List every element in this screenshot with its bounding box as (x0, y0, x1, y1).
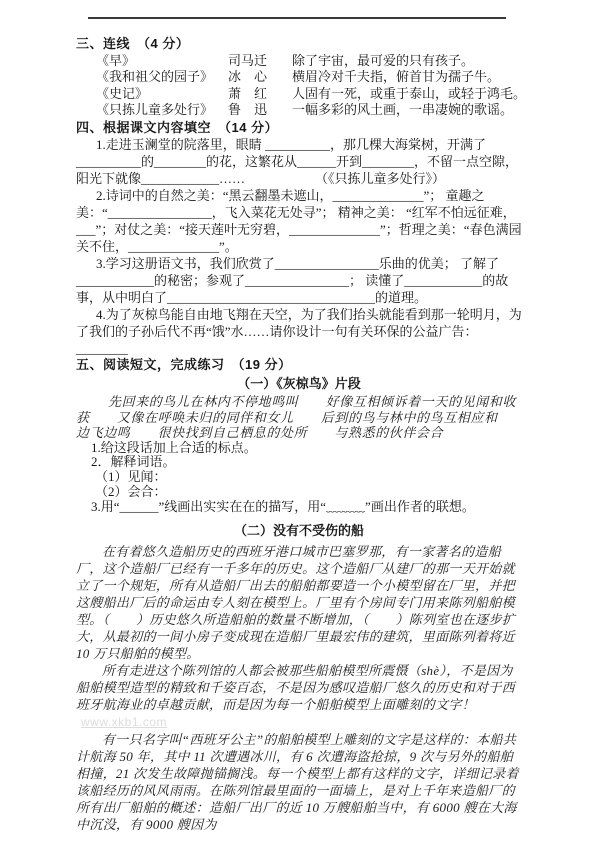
match-row: 《我和祖父的园子》 冰 心 横眉冷对千夫指，俯首甘为孺子牛。 (76, 69, 522, 86)
section-3-heading: 三、连线 （4 分） (76, 36, 522, 53)
quote-text: 除了宇宙，最可爱的只有孩子。 (292, 53, 522, 70)
match-row: 《早》 司马迁 除了宇宙，最可爱的只有孩子。 (76, 53, 522, 70)
passage-2-paragraph-3: 有一只名字叫“西班牙公主”的船舶模型上雕刻的文字是这样的：本船共计航海 50 年… (76, 731, 522, 833)
page-content: 三、连线 （4 分） 《早》 司马迁 除了宇宙，最可爱的只有孩子。 《我和祖父的… (76, 36, 522, 833)
question-3: 3.用“______”线画出实实在在的描写，用“﹏﹏﹏”画出作者的联想。 (76, 500, 522, 515)
passage-1-text: 先回来的鸟儿在林内不停地鸣叫 好像互相倾诉着一天的见闻和收获 又像在呼唤未归的同… (76, 394, 522, 441)
author-name: 鲁 迅 (228, 102, 292, 119)
match-row: 《史记》 萧 红 人固有一死，或重于泰山，或轻于鸿毛。 (76, 86, 522, 103)
passage-2-paragraph-1: 在有着悠久造船历史的西班牙港口城市巴塞罗那，有一家著名的造船厂，这个造船厂已经有… (76, 543, 522, 662)
author-name: 司马迁 (228, 53, 292, 70)
question-2-sub-1: （1）见闻： (76, 470, 522, 485)
passage-1-title: （一）《灰椋鸟》片段 (76, 376, 522, 393)
exam-page: 三、连线 （4 分） 《早》 司马迁 除了宇宙，最可爱的只有孩子。 《我和祖父的… (0, 0, 596, 842)
question-2: 2．解释词语。 (76, 455, 522, 470)
fill-blank-item-1-text: 1.走进玉澜堂的院落里，眼睛 __________，那几棵大海棠树，开满了___… (76, 137, 518, 186)
section-4-heading: 四、根据课文内容填空 （14 分） (76, 120, 522, 137)
quote-text: 人固有一死，或重于泰山，或轻于鸿毛。 (292, 86, 526, 103)
quote-text: 一幅多彩的风土画，一串凄婉的歌谣。 (292, 102, 522, 119)
author-name: 冰 心 (228, 69, 292, 86)
quote-text: 横眉冷对千夫指，俯首甘为孺子牛。 (292, 69, 522, 86)
fill-blank-item-2: 2.诗词中的自然之美：“黑云翻墨未遮山，______________”； 童趣之… (76, 187, 522, 255)
section-5-heading: 五、阅读短文，完成练习 （19 分） (76, 357, 522, 374)
fill-blank-item-3: 3.学习这册语文书，我们欣赏了________________乐曲的优美； 了解… (76, 255, 522, 306)
question-2-sub-2: （2）会合： (76, 485, 522, 500)
fill-blank-item-4: 4.为了灰椋鸟能自由地飞翔在天空，为了我们抬头就能看到那一轮明月，为了我们的子孙… (76, 306, 522, 357)
author-name: 萧 红 (228, 86, 292, 103)
passage-2-title: （二）没有不受伤的船 (76, 523, 522, 540)
book-title: 《只拣儿童多处行》 (96, 102, 228, 119)
book-title: 《我和祖父的园子》 (96, 69, 228, 86)
matching-exercise: 《早》 司马迁 除了宇宙，最可爱的只有孩子。 《我和祖父的园子》 冰 心 横眉冷… (76, 53, 522, 119)
watermark-link: www.xkb1.com (81, 715, 167, 729)
source-attribution: （《只拣儿童多处行》） (315, 171, 445, 186)
header-divider (88, 17, 506, 19)
match-row: 《只拣儿童多处行》 鲁 迅 一幅多彩的风土画，一串凄婉的歌谣。 (76, 102, 522, 119)
fill-blank-item-1: 1.走进玉澜堂的院落里，眼睛 __________，那几棵大海棠树，开满了___… (76, 136, 522, 187)
passage-2-text: 在有着悠久造船历史的西班牙港口城市巴塞罗那，有一家著名的造船厂，这个造船厂已经有… (76, 543, 522, 833)
book-title: 《史记》 (96, 86, 228, 103)
question-1: 1.给这段话加上合适的标点。 (76, 441, 522, 456)
passage-2-paragraph-2: 所有走进这个陈列馆的人都会被那些船舶模型所震慑（shè），不是因为船舶模型造型的… (76, 662, 522, 731)
book-title: 《早》 (96, 53, 228, 70)
passage-2-paragraph-2-text: 所有走进这个陈列馆的人都会被那些船舶模型所震慑（shè），不是因为船舶模型造型的… (76, 663, 515, 712)
